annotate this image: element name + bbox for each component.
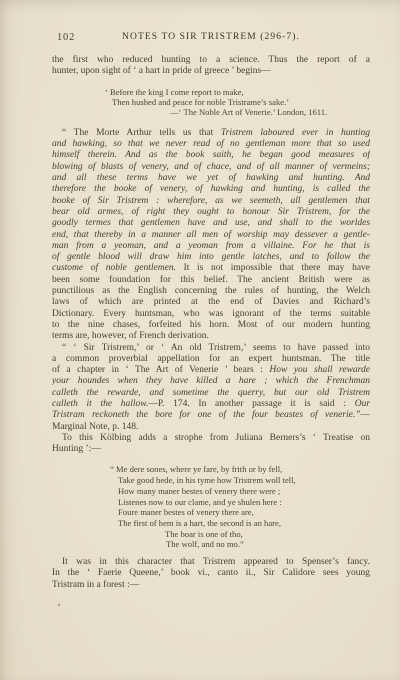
text-line: of gentle blood will draw him into gentl… (52, 252, 370, 263)
text-line: calleth it the hallow.—P. 174. In anothe… (52, 399, 370, 410)
verse-line: The first of hem is a hart, the second i… (118, 518, 370, 529)
verse-line: “ Me dere sones, where ye fare, by frith… (110, 464, 370, 475)
text-line: been some foundation for this belief. Th… (52, 275, 370, 286)
text-line: To this Kölbing adds a strophe from Juli… (52, 433, 370, 444)
text-line: your houndes when they have killed a har… (52, 376, 370, 387)
verse-quote-juliana-berners: “ Me dere sones, where ye fare, by frith… (52, 464, 370, 550)
text-line: blowing of blasts of venery, and of chac… (52, 162, 370, 173)
verse-line: The wolf, and no mo.” (166, 539, 370, 550)
paper-speck (58, 604, 60, 606)
text-line: terms are, however, of French derivation… (52, 331, 370, 342)
verse-line: How many maner bestes of venery there we… (118, 486, 370, 497)
verse-quote-noble-art-of-venerie: ‘ Before the king I come report to make,… (52, 87, 370, 117)
verse-line: Foure maner bestes of venery there are, (118, 507, 370, 518)
text-line: Dictionary. Every huntsman, who was igno… (52, 309, 370, 320)
paragraph-intro: the first who reduced hunting to a scien… (52, 55, 370, 78)
verse-line: —‘ The Noble Art of Venerie.’ London, 16… (170, 107, 370, 117)
page-number: 102 (57, 32, 75, 43)
text-line: It was in this character that Tristrem a… (52, 557, 370, 568)
text-line: hunter, upon sight of ‘ a hart in pride … (52, 66, 370, 77)
text-line: man from a yeoman, and a yeoman from a v… (52, 241, 370, 252)
paragraph-proverbial-appellation: “ ‘ Sir Tristrem,’ or ‘ An old Tristrem,… (52, 343, 370, 433)
paragraph-morte-arthur: “ The Morte Arthur tells us that Tristre… (52, 128, 370, 343)
text-line: bear old armes, of right they ought to h… (52, 207, 370, 218)
text-line: and hawking, so that we never read of no… (52, 139, 370, 150)
text-line: laws of which are printed at the end of … (52, 297, 370, 308)
text-line: goodly termes that gentlemen have and us… (52, 218, 370, 229)
text-line: custome of noble gentlemen. It is not im… (52, 263, 370, 274)
text-line: a common proverbial appellation for an e… (52, 354, 370, 365)
book-page: 102 NOTES TO SIR TRISTREM (296-7). the f… (0, 0, 400, 680)
text-line: of a chapter in ‘ The Art of Venerie ’ b… (52, 365, 370, 376)
text-line: Marginal Note, p. 148. (52, 422, 370, 433)
verse-line: ‘ Before the king I come report to make, (105, 87, 370, 97)
text-line: himself therein. And as the book saith, … (52, 150, 370, 161)
paragraph-spenser-faerie-queene: It was in this character that Tristrem a… (52, 557, 370, 591)
verse-line: Take good hede, in his tyme how Tristrem… (118, 475, 370, 486)
verse-line: Listenes now to our clame, and ye shulen… (118, 497, 370, 508)
running-title: NOTES TO SIR TRISTREM (296-7). (52, 32, 370, 42)
text-line: Tristram reckoneth the bore for one of t… (52, 410, 370, 421)
text-line: the first who reduced hunting to a scien… (52, 55, 370, 66)
text-line: Hunting ’:— (52, 444, 370, 455)
text-line: punctilious as the English concerning th… (52, 286, 370, 297)
text-line: Tristram in a forest :— (52, 580, 370, 591)
text-line: end, that thereby in a manner all men of… (52, 230, 370, 241)
verse-line: Then hushed and peace for noble Tristram… (112, 97, 370, 107)
text-line: and all these terms have we yet of hawki… (52, 173, 370, 184)
page-header: 102 NOTES TO SIR TRISTREM (296-7). (52, 32, 370, 44)
text-line: to the nine chases, forfeited his horn. … (52, 320, 370, 331)
paragraph-kolbing-strophe: To this Kölbing adds a strophe from Juli… (52, 433, 370, 456)
text-line: booke of Sir Tristrem : wherefore, as we… (52, 196, 370, 207)
text-line: therefore the booke of venery, of hawkin… (52, 184, 370, 195)
verse-line: The boar is one of tho, (165, 529, 370, 540)
text-line: In the ‘ Faerie Queene,’ book vi., canto… (52, 568, 370, 579)
text-line: calleth the rewarde, and sometime the qu… (52, 388, 370, 399)
text-line: “ ‘ Sir Tristrem,’ or ‘ An old Tristrem,… (52, 343, 370, 354)
text-line: “ The Morte Arthur tells us that Tristre… (52, 128, 370, 139)
